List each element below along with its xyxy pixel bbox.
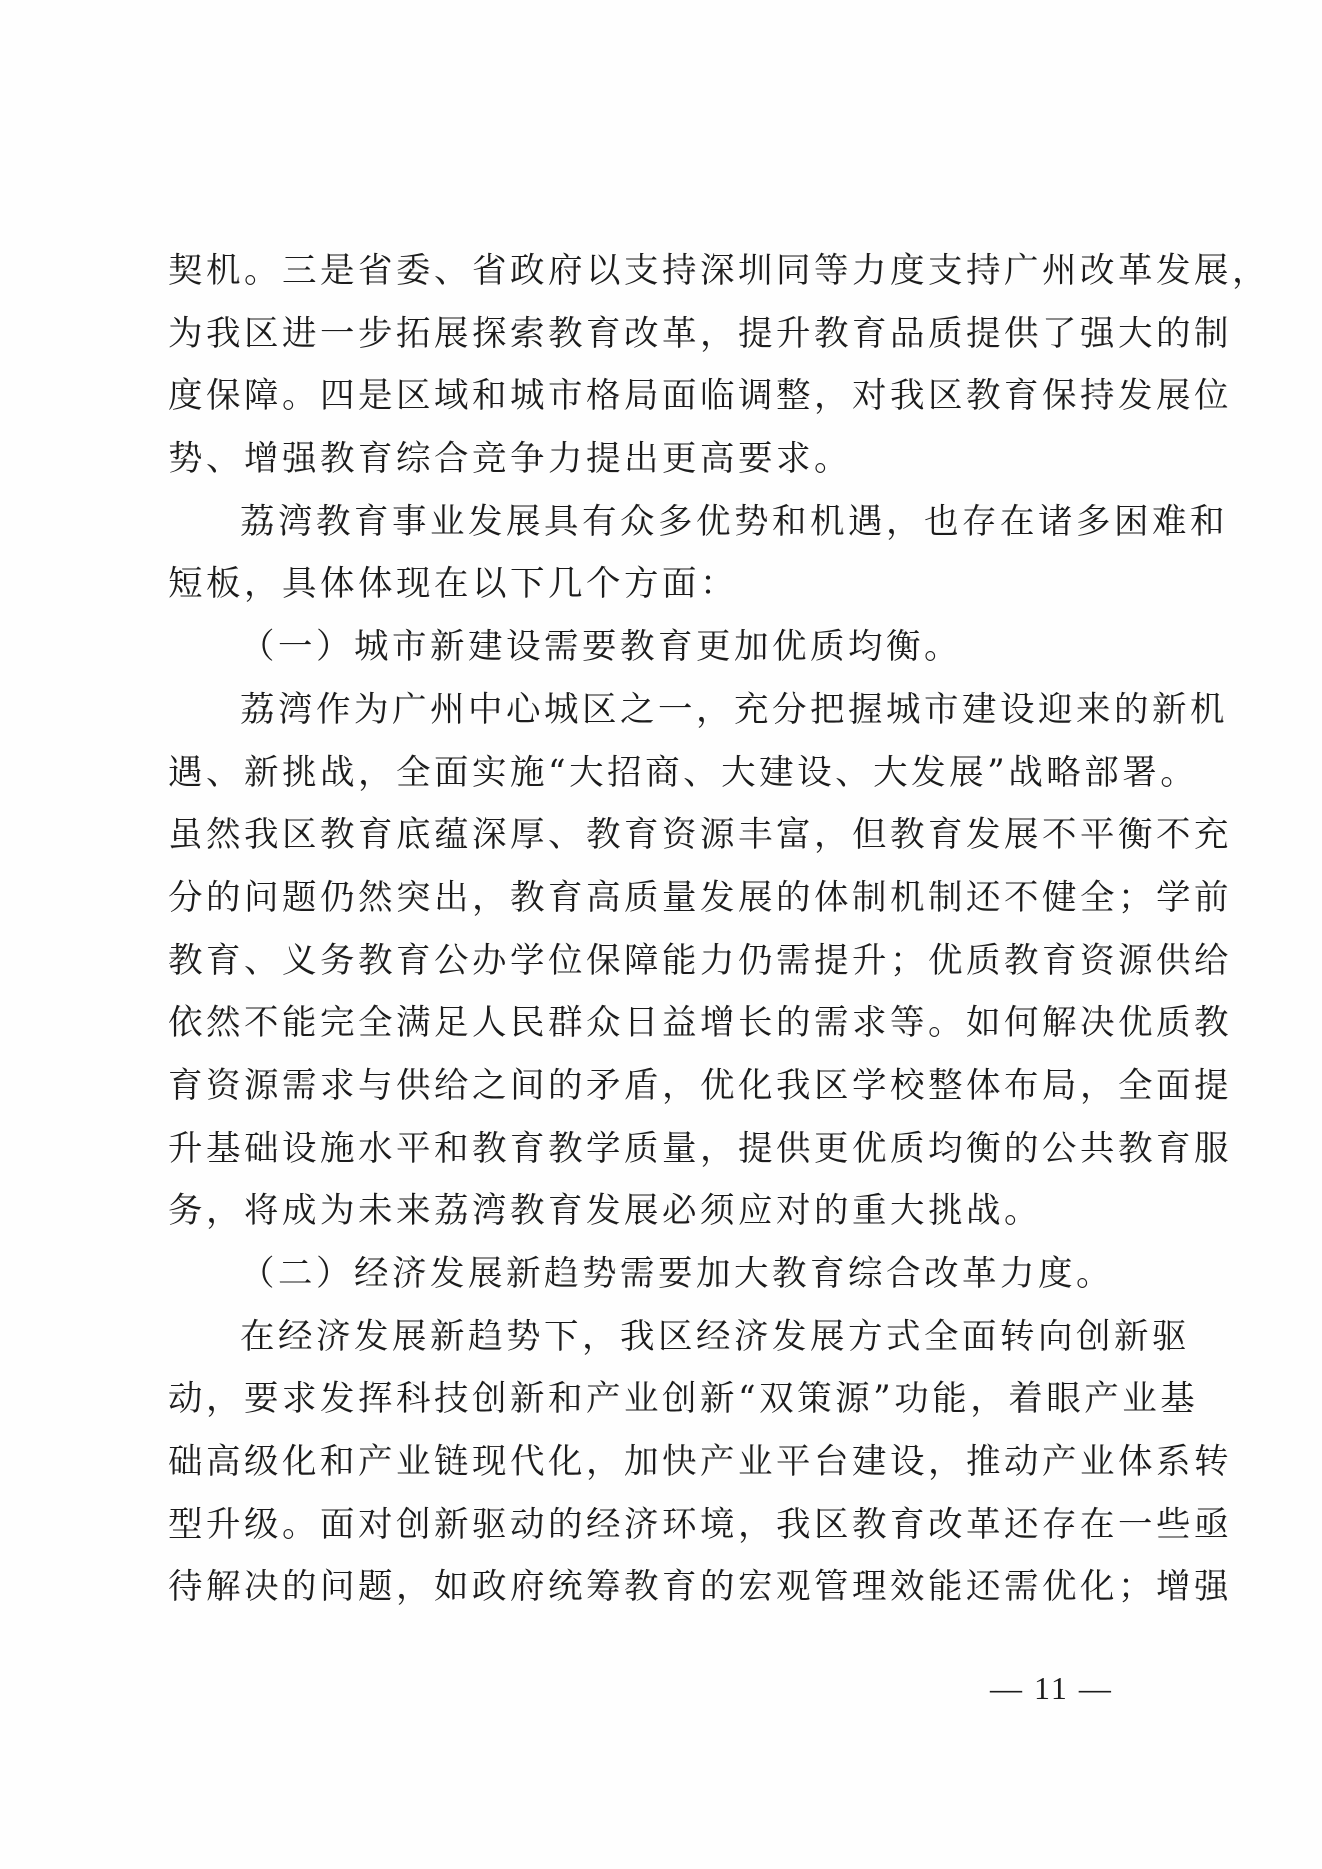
text-line: 动，要求发挥科技创新和产业创新“双策源”功能，着眼产业基 xyxy=(168,1368,1168,1431)
text-line: 短板，具体体现在以下几个方面： xyxy=(168,553,1168,616)
text-line: 务，将成为未来荔湾教育发展必须应对的重大挑战。 xyxy=(168,1180,1168,1243)
text-line: 为我区进一步拓展探索教育改革，提升教育品质提供了强大的制 xyxy=(168,303,1168,366)
section-heading-2: （二）经济发展新趋势需要加大教育综合改革力度。 xyxy=(168,1243,1168,1306)
section-heading-1: （一）城市新建设需要教育更加优质均衡。 xyxy=(168,616,1168,679)
text-line: 育资源需求与供给之间的矛盾，优化我区学校整体布局，全面提 xyxy=(168,1055,1168,1118)
text-line: 教育、义务教育公办学位保障能力仍需提升；优质教育资源供给 xyxy=(168,930,1168,993)
text-line: 度保障。四是区域和城市格局面临调整，对我区教育保持发展位 xyxy=(168,365,1168,428)
body-text: 契机。三是省委、省政府以支持深圳同等力度支持广州改革发展， 为我区进一步拓展探索… xyxy=(168,240,1168,1619)
text-line: 遇、新挑战，全面实施“大招商、大建设、大发展”战略部署。 xyxy=(168,742,1168,805)
page-number: — 11 — xyxy=(990,1670,1113,1707)
text-line: 势、增强教育综合竞争力提出更高要求。 xyxy=(168,428,1168,491)
paragraph-start: 荔湾教育事业发展具有众多优势和机遇，也存在诸多困难和 xyxy=(168,491,1168,554)
text-line: 升基础设施水平和教育教学质量，提供更优质均衡的公共教育服 xyxy=(168,1118,1168,1181)
text-line: 分的问题仍然突出，教育高质量发展的体制机制还不健全；学前 xyxy=(168,867,1168,930)
text-line: 虽然我区教育底蕴深厚、教育资源丰富，但教育发展不平衡不充 xyxy=(168,804,1168,867)
text-line: 型升级。面对创新驱动的经济环境，我区教育改革还存在一些亟 xyxy=(168,1494,1168,1557)
text-line: 础高级化和产业链现代化，加快产业平台建设，推动产业体系转 xyxy=(168,1431,1168,1494)
text-line: 契机。三是省委、省政府以支持深圳同等力度支持广州改革发展， xyxy=(168,240,1168,303)
text-line: 依然不能完全满足人民群众日益增长的需求等。如何解决优质教 xyxy=(168,992,1168,1055)
paragraph-start: 荔湾作为广州中心城区之一，充分把握城市建设迎来的新机 xyxy=(168,679,1168,742)
document-page: 契机。三是省委、省政府以支持深圳同等力度支持广州改革发展， 为我区进一步拓展探索… xyxy=(0,0,1322,1869)
text-line: 待解决的问题，如政府统筹教育的宏观管理效能还需优化；增强 xyxy=(168,1556,1168,1619)
paragraph-start: 在经济发展新趋势下，我区经济发展方式全面转向创新驱 xyxy=(168,1306,1168,1369)
